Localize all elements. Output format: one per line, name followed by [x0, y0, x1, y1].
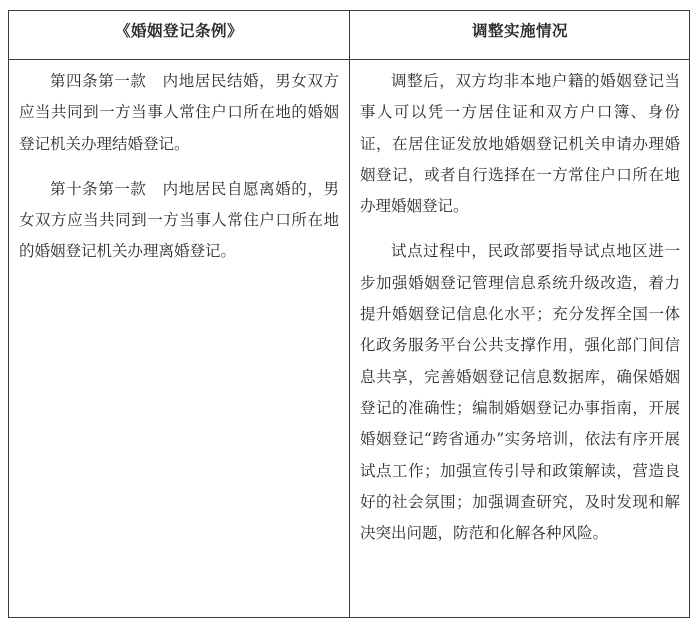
- adjustment-paragraph: 调整后，双方均非本地户籍的婚姻登记当事人可以凭一方居住证和双方户口簿、身份证，在…: [360, 66, 680, 222]
- article-4-paragraph: 第四条第一款 内地居民结婚，男女双方应当共同到一方当事人常住户口所在地的婚姻登记…: [19, 66, 339, 160]
- adjustment-column: 调整后，双方均非本地户籍的婚姻登记当事人可以凭一方居住证和双方户口簿、身份证，在…: [350, 60, 690, 617]
- comparison-table: 《婚姻登记条例》 调整实施情况 第四条第一款 内地居民结婚，男女双方应当共同到一…: [8, 10, 690, 618]
- article-10-paragraph: 第十条第一款 内地居民自愿离婚的，男女双方应当共同到一方当事人常住户口所在地的婚…: [19, 174, 339, 268]
- header-regulation: 《婚姻登记条例》: [9, 11, 349, 59]
- regulation-column: 第四条第一款 内地居民结婚，男女双方应当共同到一方当事人常住户口所在地的婚姻登记…: [9, 60, 349, 617]
- header-adjustment: 调整实施情况: [350, 11, 690, 59]
- pilot-paragraph: 试点过程中，民政部要指导试点地区进一步加强婚姻登记管理信息系统升级改造，着力提升…: [360, 236, 680, 549]
